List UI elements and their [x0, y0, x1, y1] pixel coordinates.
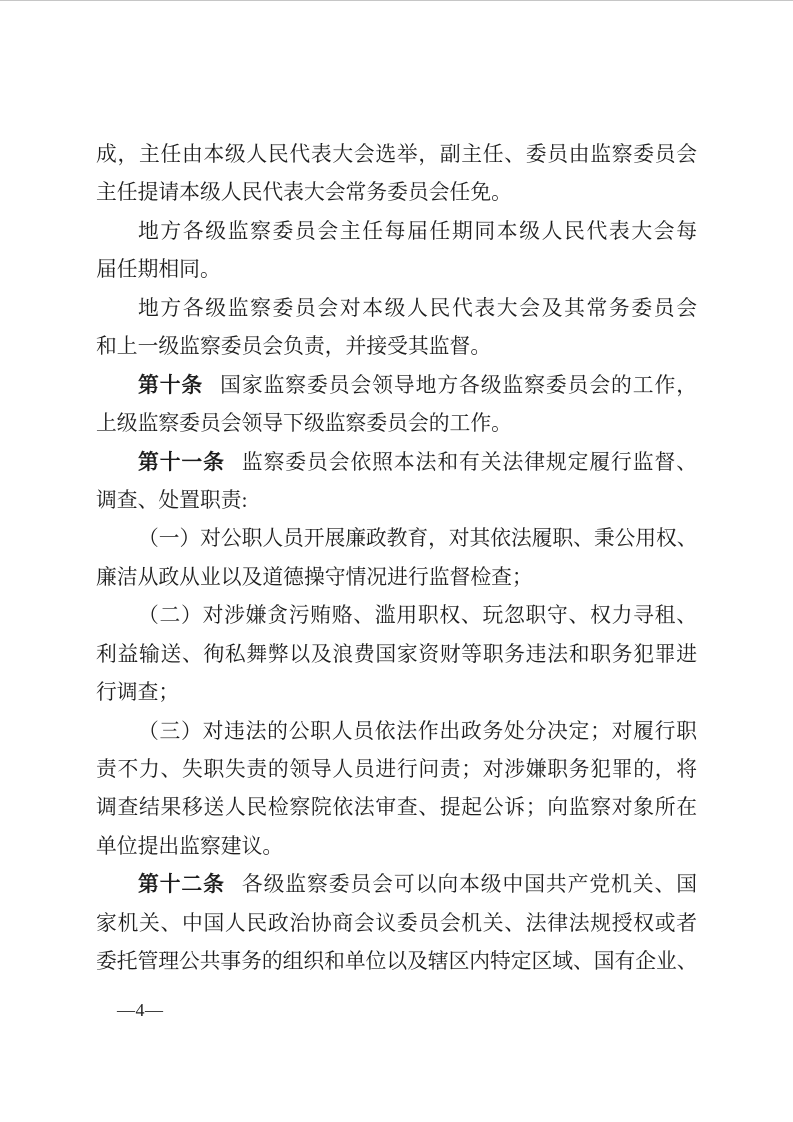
text-line: 责不力、失职失责的领导人员进行问责；对涉嫌职务犯罪的，将: [96, 751, 697, 789]
text-line: 主任提请本级人民代表大会常务委员会任免。: [96, 174, 697, 212]
text-line: 第十一条监察委员会依照本法和有关法律规定履行监督、: [96, 444, 697, 482]
text-line: 调查、处置职责:: [96, 482, 697, 520]
page-number: —4—: [117, 1000, 164, 1021]
text-line: 单位提出监察建议。: [96, 828, 697, 866]
text-line: 地方各级监察委员会对本级人民代表大会及其常务委员会: [96, 290, 697, 328]
text-line: 第十条国家监察委员会领导地方各级监察委员会的工作，: [96, 367, 697, 405]
article-number-10: 第十条: [138, 374, 203, 397]
article-number-11: 第十一条: [138, 451, 225, 474]
text-line: 届任期相同。: [96, 251, 697, 289]
text-line: 委托管理公共事务的组织和单位以及辖区内特定区域、国有企业、: [96, 943, 697, 981]
line-text: 国家监察委员会领导地方各级监察委员会的工作，: [220, 374, 697, 397]
text-line: 利益输送、徇私舞弊以及浪费国家资财等职务违法和职务犯罪进: [96, 636, 697, 674]
text-line: 调查结果移送人民检察院依法审查、提起公诉；向监察对象所在: [96, 789, 697, 827]
text-line: 行调查；: [96, 674, 697, 712]
text-line: 上级监察委员会领导下级监察委员会的工作。: [96, 405, 697, 443]
line-text: 监察委员会依照本法和有关法律规定履行监督、: [242, 451, 697, 474]
text-line: （三）对违法的公职人员依法作出政务处分决定；对履行职: [96, 713, 697, 751]
article-number-12: 第十二条: [138, 873, 225, 896]
text-line: 廉洁从政从业以及道德操守情况进行监督检查；: [96, 559, 697, 597]
body-text: 成，主任由本级人民代表大会选举，副主任、委员由监察委员会 主任提请本级人民代表大…: [96, 136, 697, 982]
text-line: （一）对公职人员开展廉政教育，对其依法履职、秉公用权、: [96, 520, 697, 558]
text-line: 第十二条各级监察委员会可以向本级中国共产党机关、国: [96, 866, 697, 904]
document-page: 成，主任由本级人民代表大会选举，副主任、委员由监察委员会 主任提请本级人民代表大…: [0, 0, 793, 1122]
line-text: 各级监察委员会可以向本级中国共产党机关、国: [242, 873, 697, 896]
text-line: 家机关、中国人民政治协商会议委员会机关、法律法规授权或者: [96, 905, 697, 943]
scan-top-edge: [0, 0, 793, 1]
text-line: 成，主任由本级人民代表大会选举，副主任、委员由监察委员会: [96, 136, 697, 174]
text-line: 地方各级监察委员会主任每届任期同本级人民代表大会每: [96, 213, 697, 251]
text-line: （二）对涉嫌贪污贿赂、滥用职权、玩忽职守、权力寻租、: [96, 597, 697, 635]
text-line: 和上一级监察委员会负责，并接受其监督。: [96, 328, 697, 366]
